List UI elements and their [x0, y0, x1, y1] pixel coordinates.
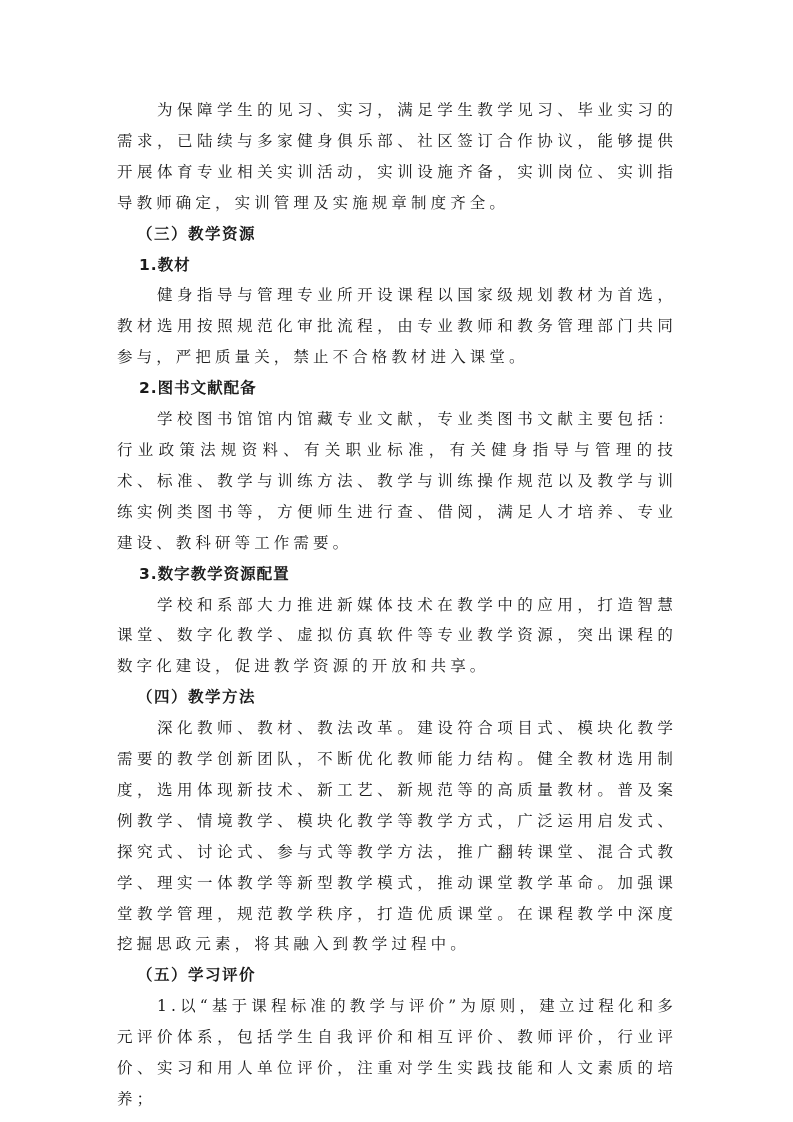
document-page: 为保障学生的见习、实习，满足学生教学见习、毕业实习的需求，已陆续与多家健身俱乐部… — [117, 95, 677, 1115]
subheading-textbooks: 1.教材 — [117, 250, 677, 281]
paragraph-library-resources: 学校图书馆馆内馆藏专业文献，专业类图书文献主要包括：行业政策法规资料、有关职业标… — [117, 404, 677, 559]
paragraph-digital-resources: 学校和系部大力推进新媒体技术在教学中的应用，打造智慧课堂、数字化教学、虚拟仿真软… — [117, 590, 677, 683]
paragraph-teaching-methods: 深化教师、教材、教法改革。建设符合项目式、模块化教学需要的教学创新团队，不断优化… — [117, 713, 677, 960]
section-heading-learning-evaluation: （五）学习评价 — [117, 960, 677, 991]
section-heading-teaching-methods: （四）教学方法 — [117, 682, 677, 713]
intro-paragraph: 为保障学生的见习、实习，满足学生教学见习、毕业实习的需求，已陆续与多家健身俱乐部… — [117, 95, 677, 219]
paragraph-textbooks: 健身指导与管理专业所开设课程以国家级规划教材为首选，教材选用按照规范化审批流程，… — [117, 280, 677, 373]
subheading-library-resources: 2.图书文献配备 — [117, 373, 677, 404]
subheading-digital-resources: 3.数字教学资源配置 — [117, 559, 677, 590]
section-heading-teaching-resources: （三）教学资源 — [117, 219, 677, 250]
paragraph-learning-evaluation: 1.以“基于课程标准的教学与评价”为原则，建立过程化和多元评价体系，包括学生自我… — [117, 991, 677, 1115]
